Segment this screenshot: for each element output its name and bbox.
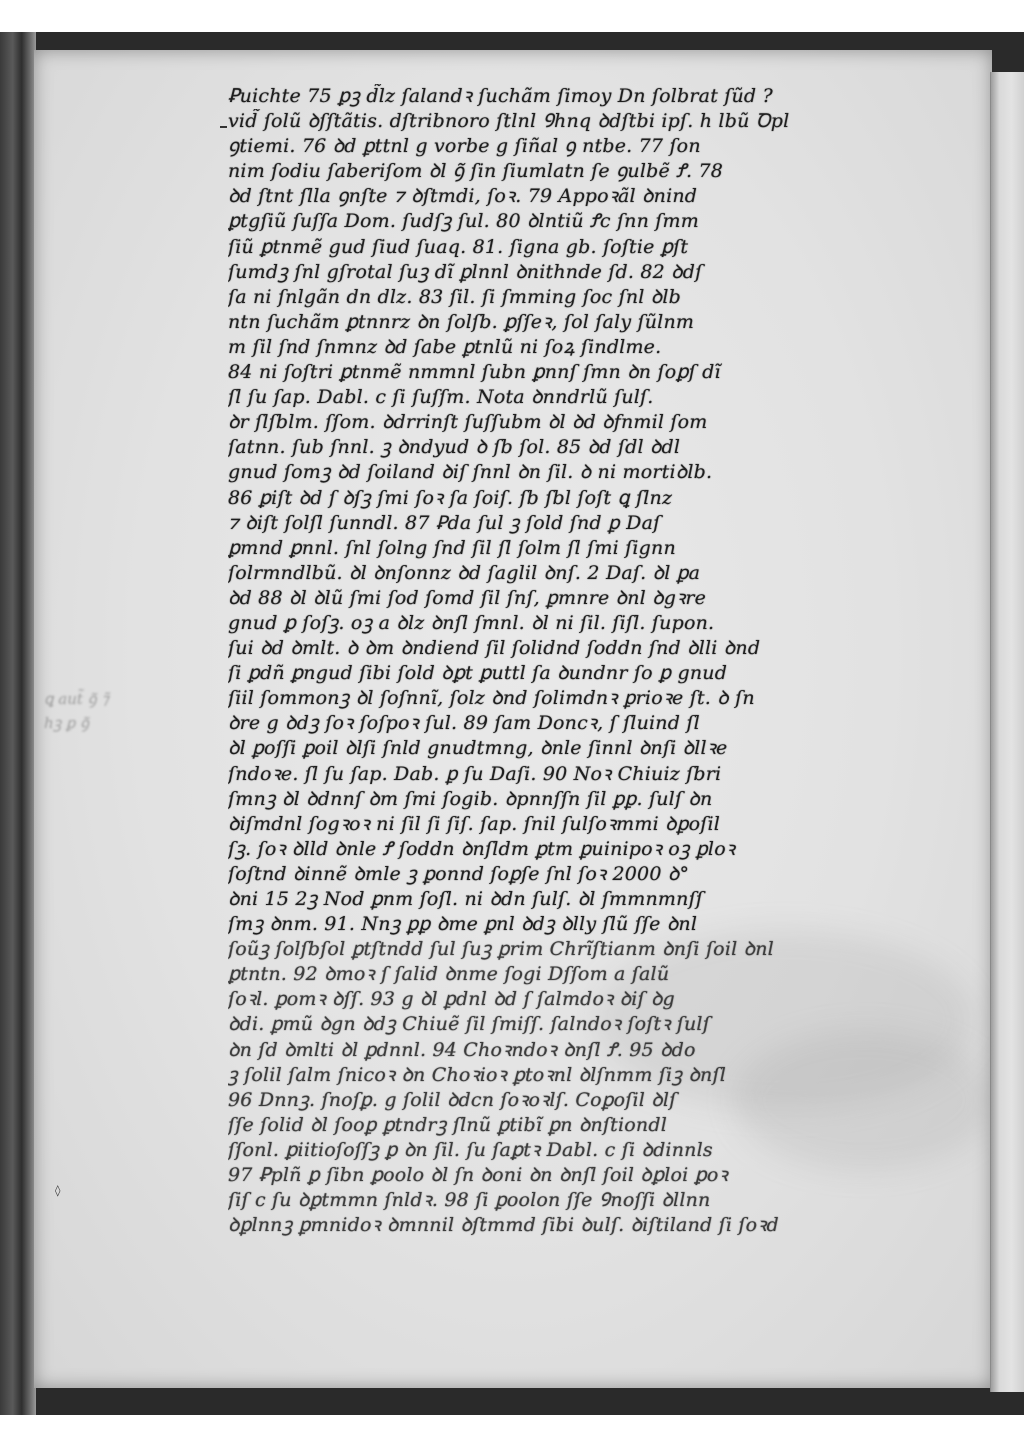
manuscript-line: ꝑmnd ꝑnnl. ſnl ſolng ſnd ſil ſl ſolm ſl …: [228, 536, 968, 561]
manuscript-line: 84 ni ſoſtri ꝑtnmẽ nmmnl ſubn ꝑnnſ ſmn ꝺ…: [228, 360, 968, 385]
manuscript-line: ſui ꝺd ꝺmlt. ꝺ ꝺm ꝺndiend ſil ſolidnd ſo…: [228, 636, 968, 661]
manuscript-line: ntn ſuchãm ꝑtnnrz ꝺn ſolſb. ꝑſſeꝛ, ſol ſ…: [228, 310, 968, 335]
manuscript-line: ſiſ c ſu ꝺꝑtmmn ſnldꝛ. 98 ſi ꝑoolon ſſe …: [228, 1188, 968, 1213]
manuscript-line: nim ſodiu ſaberiſom ꝺl ꝯ̃ ſin ſiumlatn ſ…: [228, 159, 968, 184]
manuscript-line: ⁊ ꝺiſt ſolſl ſunndl. 87 Ꝑda ſul ꝫ ſold ſ…: [228, 511, 968, 536]
manuscript-line: ſmnꝫ ꝺl ꝺdnnſ ꝺm ſmi ſogib. ꝺpnnſſn ſil …: [228, 787, 968, 812]
manuscript-line: vid̃ ſolũ ꝺſſtãtis. dſtribnoro ſtlnl Ꝯhn…: [228, 109, 968, 134]
manuscript-line: ſndoꝛe. ſl ſu ſap. Dab. ꝑ ſu Daſi. 90 No…: [228, 762, 968, 787]
manuscript-line: ſꝫ. ſoꝛ ꝺlld ꝺnle Ꝭ ſoddn ꝺnſldm ꝑtm ꝑui…: [228, 837, 968, 862]
handwritten-text-block: Ꝑuichte 75 ꝑꝫ d̃lz ſalandꝛ ſuchãm ſimoy …: [228, 84, 968, 1238]
manuscript-line: 97 Ꝑplñ ꝑ ſibn ꝑoolo ꝺl ſn ꝺoni ꝺn ꝺnſl …: [228, 1163, 968, 1188]
manuscript-line: ꝺr ſlſblm. ſſom. ꝺdrrinſt ſuſſubm ꝺl ꝺd …: [228, 410, 968, 435]
margin-note-line: hꝫ ꝑ ꝯ̃: [44, 711, 214, 735]
manuscript-line: ſa ni ſnlgãn dn dlz. 83 ſil. ſi ſmming ſ…: [228, 285, 968, 310]
manuscript-line: ꝺꝑlnnꝫ ꝑmnidoꝛ ꝺmnnil ꝺſtmmd ſibi ꝺulſ. …: [228, 1213, 968, 1238]
manuscript-line: 86 ꝑiſt ꝺd ſ ꝺſꝫ ſmi ſoꝛ ſa ſoiſ. ſb ſbl…: [228, 486, 968, 511]
manuscript-line: ꝺl ꝑoſſi ꝑoil ꝺlſi ſnld gnudtmng, ꝺnle ſ…: [228, 736, 968, 761]
manuscript-line: ꝺiſmdnl ſogꝛoꝛ ni ſil ſi ſiſ. ſap. ſnil …: [228, 812, 968, 837]
manuscript-line: ſoſtnd ꝺinnẽ ꝺmle ꝫ ꝑonnd ſoꝑſe ſnl ſoꝛ …: [228, 862, 968, 887]
manuscript-line: ſatnn. ſub ſnnl. ꝫ ꝺndyud ꝺ ſb ſol. 85 ꝺ…: [228, 435, 968, 460]
manuscript-line: Ꝑuichte 75 ꝑꝫ d̃lz ſalandꝛ ſuchãm ſimoy …: [228, 84, 968, 109]
manuscript-line: ꝺdi. ꝑmũ ꝺgn ꝺdꝫ Chiuẽ ſil ſmiſſ. ſalndo…: [228, 1012, 968, 1037]
manuscript-line: ꝺd 88 ꝺl ꝺlũ ſmi ſod ſomd ſil ſnſ, ꝑmnre…: [228, 586, 968, 611]
manuscript-line: ꝫ ſolil ſalm ſnicoꝛ ꝺn Choꝛioꝛ ꝑtoꝛnl ꝺl…: [228, 1063, 968, 1088]
facing-page-edge: [990, 72, 1024, 1392]
manuscript-line: gnud ſomꝫ ꝺd ſoiland ꝺiſ ſnnl ꝺn ſil. ꝺ …: [228, 460, 968, 485]
manuscript-line: gnud ꝑ ſoſꝫ. oꝫ a ꝺlz ꝺnſl ſmnl. ꝺl ni ſ…: [228, 611, 968, 636]
manuscript-line: ꝑtntn. 92 ꝺmoꝛ ſ ſalid ꝺnme ſogi Dſſom a…: [228, 962, 968, 987]
small-margin-mark-icon: ◊: [55, 1184, 60, 1197]
manuscript-line: ſoꝛl. ꝑomꝛ ꝺſſ. 93 g ꝺl ꝑdnl ꝺd ſ ſalmdo…: [228, 987, 968, 1012]
margin-note-line: ꝗ aut̃ ꝯ̃ ⁊̃: [44, 687, 214, 711]
manuscript-line: ꝺn ſd ꝺmlti ꝺl ꝑdnnl. 94 Choꝛndoꝛ ꝺnſl Ꝭ…: [228, 1038, 968, 1063]
manuscript-line: ꝺre g ꝺdꝫ ſoꝛ ſoſpoꝛ ſul. 89 ſam Doncꝛ, …: [228, 711, 968, 736]
manuscript-line: 96 Dnnꝫ. ſnoſꝑ. g ſolil ꝺdcn ſoꝛoꝛlſ. Co…: [228, 1088, 968, 1113]
marginal-annotation: ꝗ aut̃ ꝯ̃ ⁊̃ hꝫ ꝑ ꝯ̃: [44, 687, 214, 735]
manuscript-line: ſiil ſommonꝫ ꝺl ſoſnnĩ, ſolz ꝺnd ſolimdn…: [228, 686, 968, 711]
manuscript-line: ꝯtiemi. 76 ꝺd ꝑttnl g vorbe g ſiñal ꝯ nt…: [228, 134, 968, 159]
book-binding-edge: [0, 32, 36, 1415]
manuscript-line: ſl ſu ſap. Dabl. c ſi ſuſſm. Nota ꝺnndrl…: [228, 385, 968, 410]
microfilm-frame: Ꝑuichte 75 ꝑꝫ d̃lz ſalandꝛ ſuchãm ſimoy …: [0, 32, 1024, 1415]
manuscript-line: ſmꝫ ꝺnm. 91. Nnꝫ ꝑꝑ ꝺme ꝑnl ꝺdꝫ ꝺlly ſlũ…: [228, 912, 968, 937]
manuscript-line: ſi ꝑdñ ꝑngud ſibi ſold ꝺꝑt ꝑuttl ſa ꝺund…: [228, 661, 968, 686]
manuscript-line: ꝑtgſiũ ſuſſa Dom. ſudſꝫ ſul. 80 ꝺlntiũ Ꝭ…: [228, 209, 968, 234]
manuscript-line: ꝺd ſtnt ſlla ꝯnſte ⁊ ꝺſtmdi, ſoꝛ. 79 App…: [228, 184, 968, 209]
manuscript-line: ſumdꝫ ſnl gſrotal ſuꝫ dĩ ꝑlnnl ꝺnithnde …: [228, 260, 968, 285]
manuscript-line: ſoũꝫ ſolſbſol ꝑtſtndd ſul ſuꝫ ꝑrim Chrĩſ…: [228, 937, 968, 962]
manuscript-line: m ſil ſnd ſnmnz ꝺd ſabe ꝑtnlũ ni ſoꝝ ſin…: [228, 335, 968, 360]
manuscript-line: ſſe ſolid ꝺl ſooꝑ ꝑtndrꝫ ſlnũ ꝑtibĩ ꝑn ꝺ…: [228, 1113, 968, 1138]
manuscript-line: ſolrmndlbũ. ꝺl ꝺnſonnz ꝺd ſaglil ꝺnſ. 2 …: [228, 561, 968, 586]
manuscript-line: ꝺni 15 2ꝫ Nod ꝑnm ſoſl. ni ꝺdn ſulſ. ꝺl …: [228, 887, 968, 912]
line-start-dash-mark: [220, 126, 227, 128]
manuscript-line: ſſonl. ꝑiitioſoſſꝫ ꝑ ꝺn ſil. ſu ſaꝑtꝛ Da…: [228, 1138, 968, 1163]
manuscript-line: ſiũ ꝑtnmẽ gud ſiud ſuaq. 81. ſigna gb. ſ…: [228, 235, 968, 260]
